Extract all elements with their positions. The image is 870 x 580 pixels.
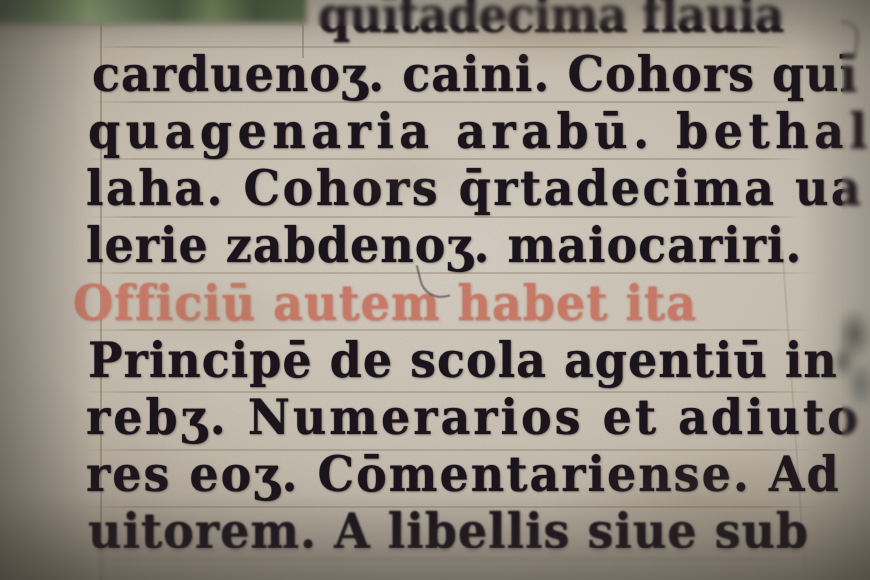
rubric-line: Officiū autem habet ita [73,279,697,327]
illumination-fragment [0,0,306,22]
manuscript-line: Principē de scola agentiū in [88,336,838,384]
manuscript-line: quagenaria arabū. bethal [88,107,870,155]
manuscript-line: laha. Cohors q̄rtadecima ua [86,164,863,212]
manuscript-line: lerie zabdenoʒ. maiocariri. [86,221,802,269]
manuscript-line: carduenoʒ. caini. Cohors quī [92,50,858,98]
marginal-mark [838,21,859,57]
manuscript-line: quītadecima flauia [318,0,783,39]
manuscript-line: uitorem. A libellis siue sub [88,507,809,555]
manuscript-line: res eoʒ. Cōmentariense. Ad [86,450,841,498]
manuscript-photo: quītadecima flauia carduenoʒ. caini. Coh… [0,0,870,580]
manuscript-line: rebʒ. Numerarios et adiuto [86,393,861,441]
depth-blur-edge [0,0,74,580]
parchment-tear-mark [822,310,870,422]
